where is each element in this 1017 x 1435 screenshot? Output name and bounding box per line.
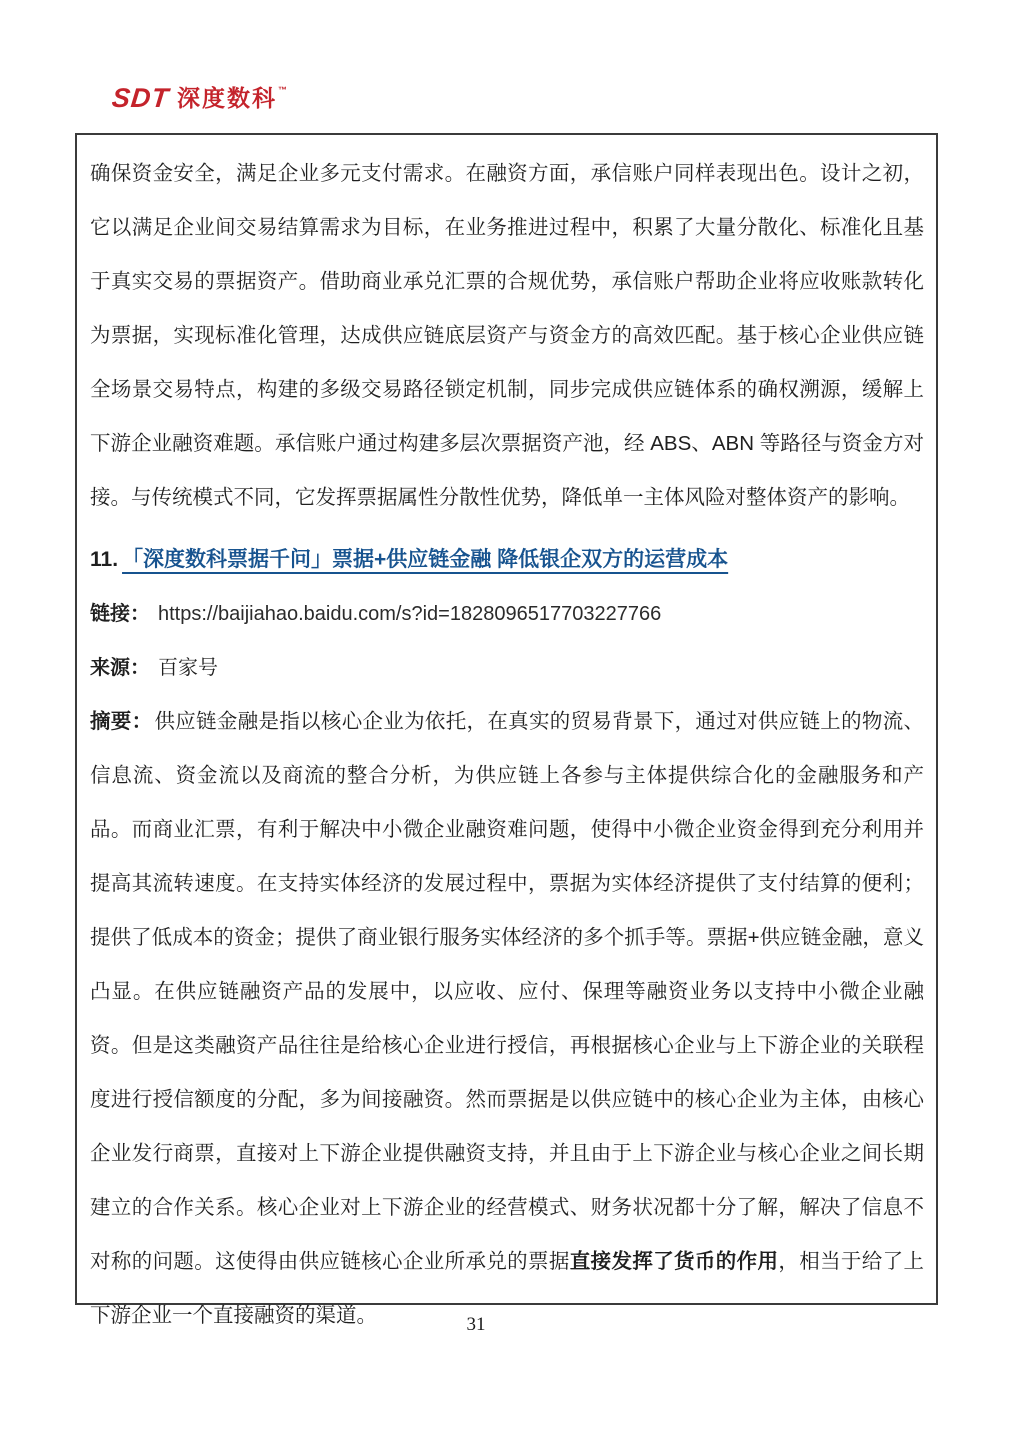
link-row: 链接：https://baijiahao.baidu.com/s?id=1828… <box>90 587 924 641</box>
source-row: 来源：百家号 <box>90 641 924 695</box>
summary-label: 摘要： <box>90 710 152 733</box>
logo-company-name: 深度数科 <box>177 80 277 113</box>
summary-text-1: 供应链金融是指以核心企业为依托，在真实的贸易背景下，通过对供应链上的物流、信息流… <box>90 710 924 1273</box>
link-label: 链接： <box>90 603 150 625</box>
logo-sdt-mark: SDT <box>110 83 170 114</box>
article-heading: 11.「深度数科票据千问」票据+供应链金融 降低银企双方的运营成本 <box>90 533 924 587</box>
page-number: 31 <box>0 1314 952 1336</box>
article-title-link[interactable]: 「深度数科票据千问」票据+供应链金融 降低银企双方的运营成本 <box>122 548 728 571</box>
link-url[interactable]: https://baijiahao.baidu.com/s?id=1828096… <box>158 603 661 625</box>
source-value: 百家号 <box>158 657 218 679</box>
summary-paragraph: 摘要：供应链金融是指以核心企业为依托，在真实的贸易背景下，通过对供应链上的物流、… <box>90 695 924 1343</box>
company-logo: SDT深度数科™ <box>112 80 287 114</box>
source-label: 来源： <box>90 657 150 679</box>
content-border-box: 确保资金安全，满足企业多元支付需求。在融资方面，承信账户同样表现出色。设计之初，… <box>75 133 938 1305</box>
article-number: 11. <box>90 548 118 571</box>
trademark-symbol: ™ <box>278 85 287 95</box>
paragraph-continuation: 确保资金安全，满足企业多元支付需求。在融资方面，承信账户同样表现出色。设计之初，… <box>90 147 924 525</box>
summary-text-bold: 直接发挥了货币的作用 <box>570 1250 779 1273</box>
